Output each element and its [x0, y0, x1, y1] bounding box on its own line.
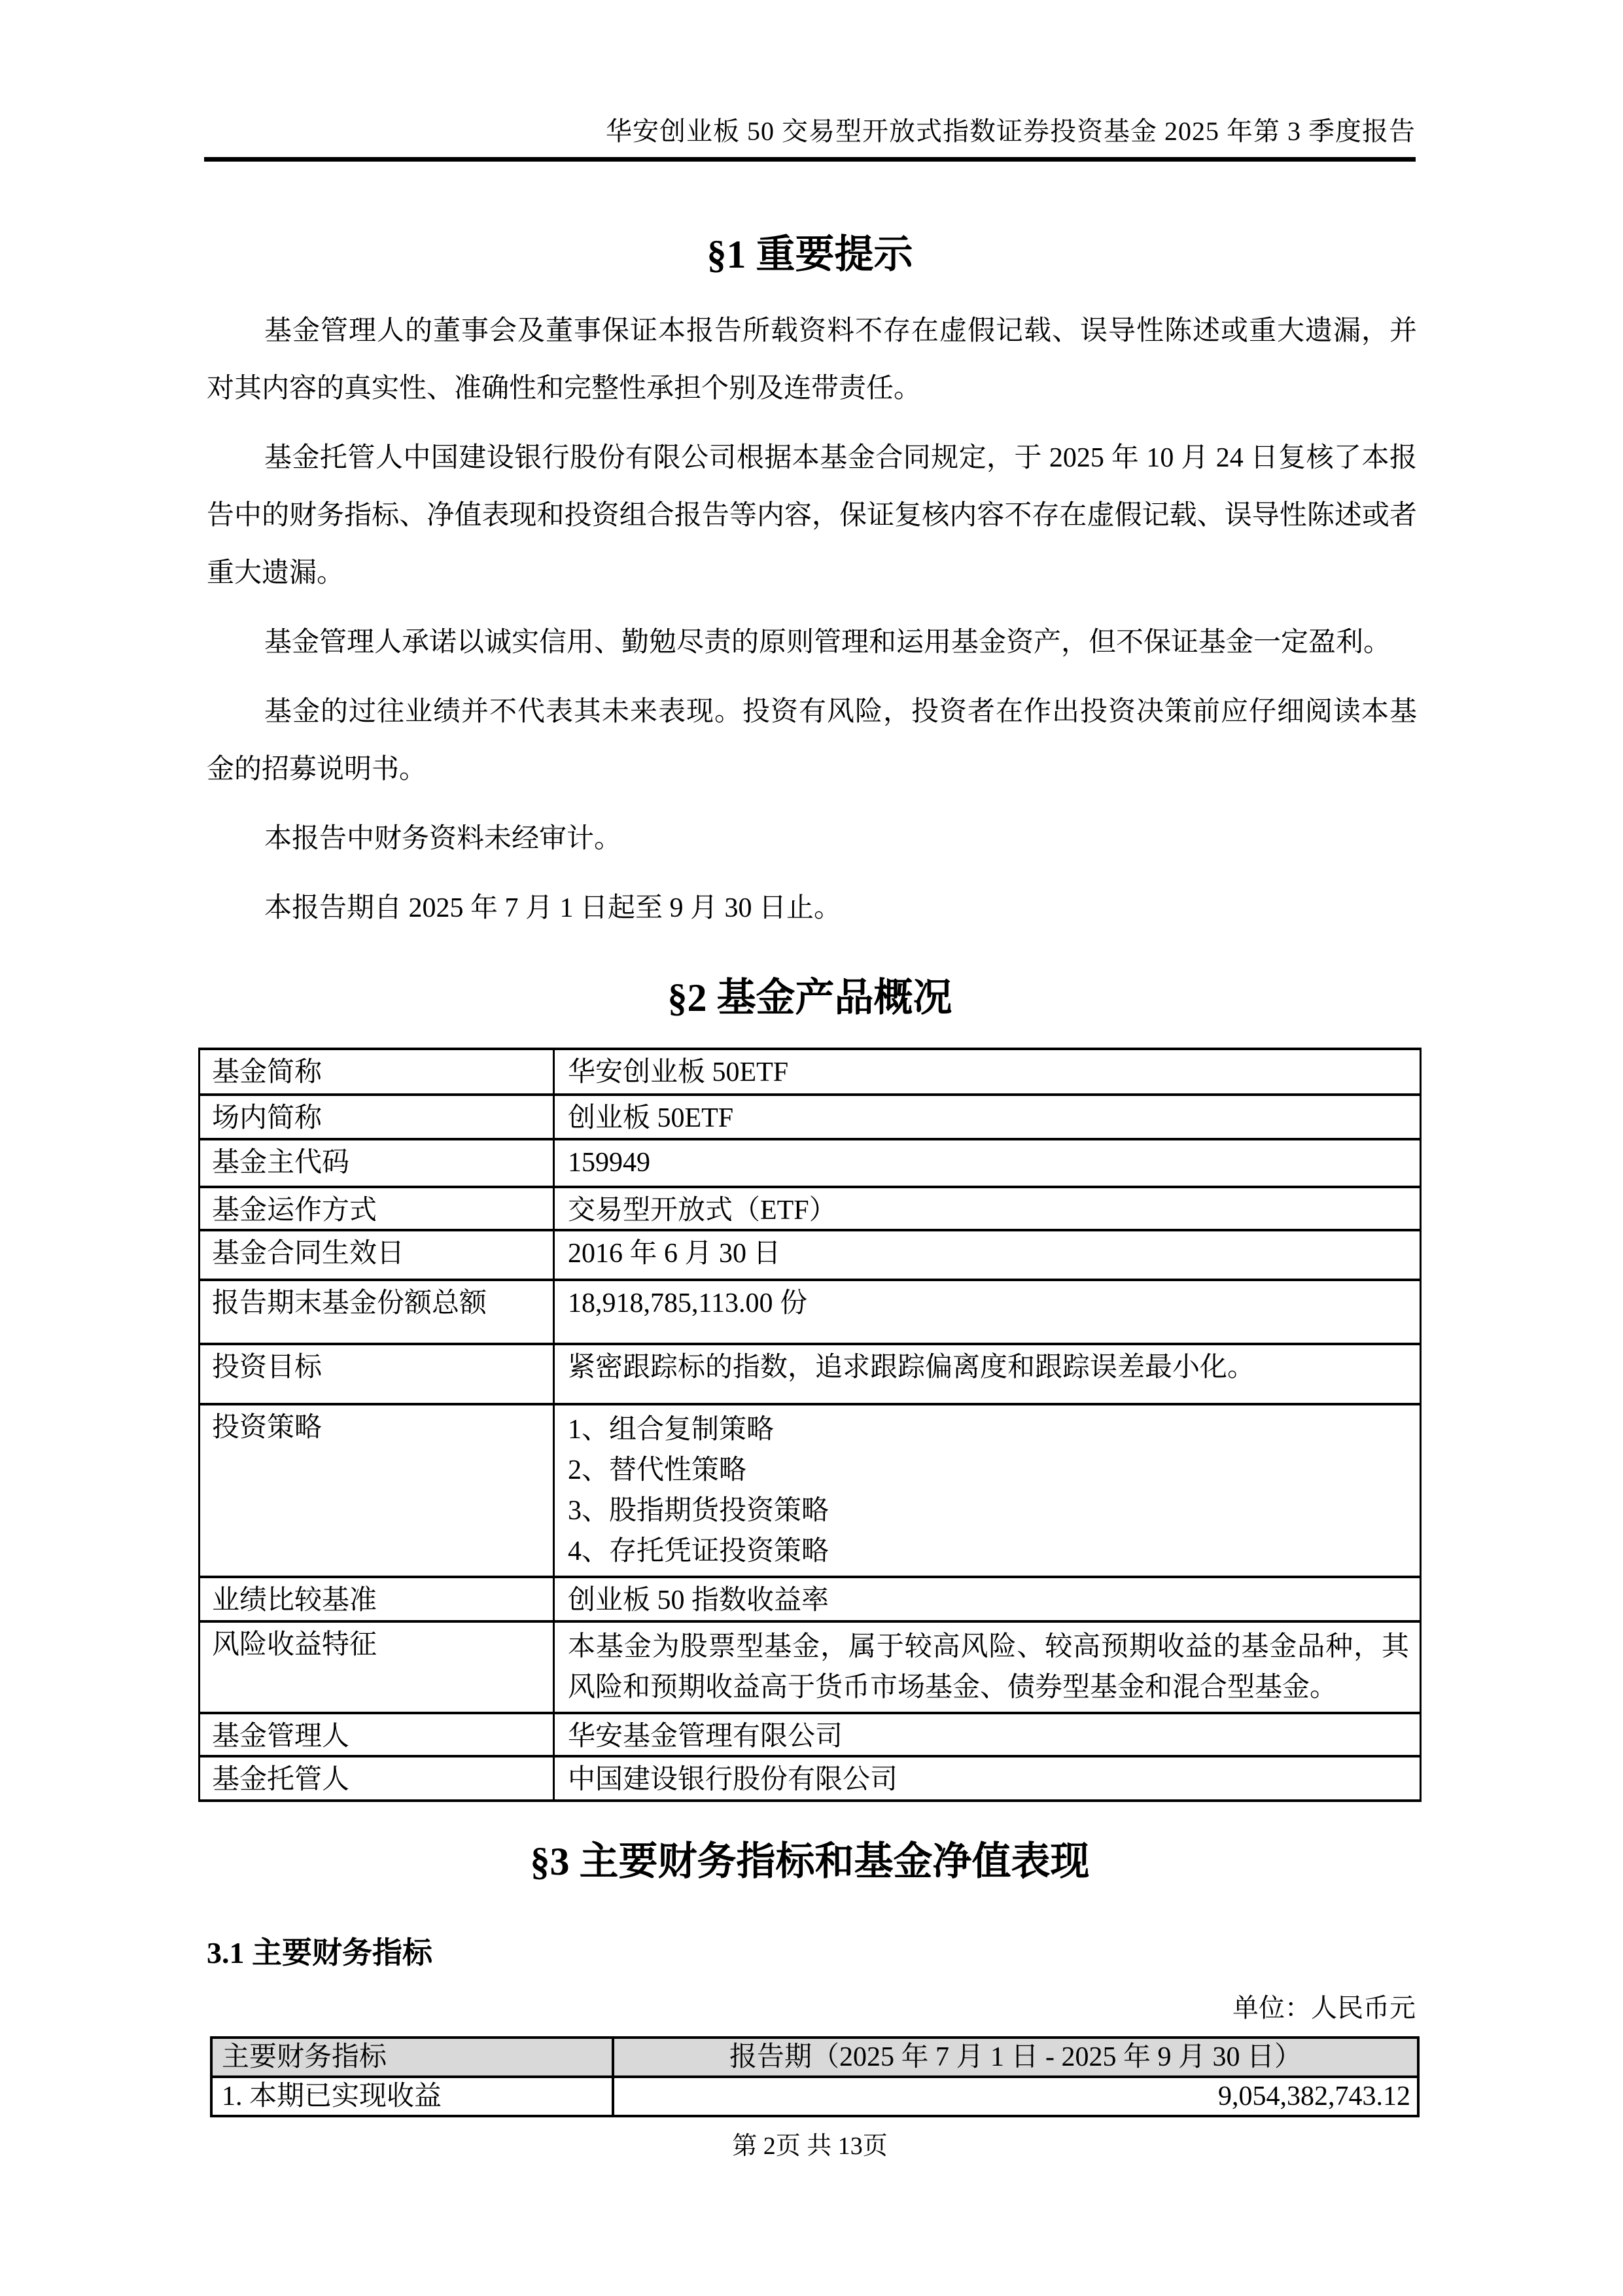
row-label: 报告期末基金份额总额 — [200, 1280, 554, 1344]
header-rule — [204, 157, 1416, 162]
table-row: 报告期末基金份额总额 18,918,785,113.00 份 — [200, 1280, 1421, 1344]
row-value: 1、组合复制策略 2、替代性策略 3、股指期货投资策略 4、存托凭证投资策略 — [554, 1404, 1421, 1577]
row-value: 华安基金管理有限公司 — [554, 1713, 1421, 1756]
notice-paragraph: 基金管理人的董事会及董事保证本报告所载资料不存在虚假记载、误导性陈述或重大遗漏，… — [207, 302, 1417, 417]
row-label: 基金托管人 — [200, 1756, 554, 1801]
row-label: 基金运作方式 — [200, 1187, 554, 1230]
row-value: 交易型开放式（ETF） — [554, 1187, 1421, 1230]
column-header: 报告期（2025 年 7 月 1 日 - 2025 年 9 月 30 日） — [613, 2038, 1418, 2077]
table-row: 投资策略 1、组合复制策略 2、替代性策略 3、股指期货投资策略 4、存托凭证投… — [200, 1404, 1421, 1577]
row-value: 创业板 50 指数收益率 — [554, 1577, 1421, 1621]
row-label: 基金简称 — [200, 1049, 554, 1095]
table-row: 基金主代码 159949 — [200, 1139, 1421, 1187]
page-number: 第 2页 共 13页 — [204, 2130, 1416, 2162]
section3-title: §3 主要财务指标和基金净值表现 — [204, 1837, 1416, 1886]
important-notice: 基金管理人的董事会及董事保证本报告所载资料不存在虚假记载、误导性陈述或重大遗漏，… — [207, 302, 1417, 949]
fund-overview-table: 基金简称 华安创业板 50ETF 场内简称 创业板 50ETF 基金主代码 15… — [198, 1048, 1422, 1802]
table-row: 基金运作方式 交易型开放式（ETF） — [200, 1187, 1421, 1230]
notice-paragraph: 本报告期自 2025 年 7 月 1 日起至 9 月 30 日止。 — [207, 879, 1417, 937]
row-value: 紧密跟踪标的指数，追求跟踪偏离度和跟踪误差最小化。 — [554, 1344, 1421, 1404]
row-label: 基金管理人 — [200, 1713, 554, 1756]
table-header-row: 主要财务指标 报告期（2025 年 7 月 1 日 - 2025 年 9 月 3… — [211, 2038, 1418, 2077]
row-label: 基金合同生效日 — [200, 1230, 554, 1280]
subsection-3-1-title: 3.1 主要财务指标 — [207, 1934, 432, 1972]
table-row: 场内简称 创业板 50ETF — [200, 1095, 1421, 1139]
row-label: 基金主代码 — [200, 1139, 554, 1187]
running-header: 华安创业板 50 交易型开放式指数证券投资基金 2025 年第 3 季度报告 — [204, 115, 1416, 148]
row-label: 投资目标 — [200, 1344, 554, 1404]
table-row: 业绩比较基准 创业板 50 指数收益率 — [200, 1577, 1421, 1621]
report-page: 华安创业板 50 交易型开放式指数证券投资基金 2025 年第 3 季度报告 §… — [0, 0, 1623, 2296]
row-value: 159949 — [554, 1139, 1421, 1187]
strategy-line: 2、替代性策略 — [568, 1450, 1409, 1491]
row-value: 中国建设银行股份有限公司 — [554, 1756, 1421, 1801]
section2-title: §2 基金产品概况 — [204, 974, 1416, 1022]
row-value: 2016 年 6 月 30 日 — [554, 1230, 1421, 1280]
row-label: 场内简称 — [200, 1095, 554, 1139]
row-value: 华安创业板 50ETF — [554, 1049, 1421, 1095]
unit-note: 单位：人民币元 — [204, 1992, 1416, 2024]
row-value: 本基金为股票型基金，属于较高风险、较高预期收益的基金品种，其风险和预期收益高于货… — [554, 1621, 1421, 1713]
table-row: 基金管理人 华安基金管理有限公司 — [200, 1713, 1421, 1756]
strategy-line: 3、股指期货投资策略 — [568, 1491, 1409, 1531]
notice-paragraph: 基金管理人承诺以诚实信用、勤勉尽责的原则管理和运用基金资产，但不保证基金一定盈利… — [207, 614, 1417, 671]
notice-paragraph: 基金托管人中国建设银行股份有限公司根据本基金合同规定，于 2025 年 10 月… — [207, 429, 1417, 602]
table-row: 基金合同生效日 2016 年 6 月 30 日 — [200, 1230, 1421, 1280]
financial-indicators-table: 主要财务指标 报告期（2025 年 7 月 1 日 - 2025 年 9 月 3… — [210, 2036, 1420, 2117]
row-value: 18,918,785,113.00 份 — [554, 1280, 1421, 1344]
notice-paragraph: 本报告中财务资料未经审计。 — [207, 810, 1417, 868]
row-label: 业绩比较基准 — [200, 1577, 554, 1621]
table-row: 1. 本期已实现收益 9,054,382,743.12 — [211, 2077, 1418, 2116]
column-header: 主要财务指标 — [211, 2038, 613, 2077]
row-label: 投资策略 — [200, 1404, 554, 1577]
table-row: 风险收益特征 本基金为股票型基金，属于较高风险、较高预期收益的基金品种，其风险和… — [200, 1621, 1421, 1713]
notice-paragraph: 基金的过往业绩并不代表其未来表现。投资有风险，投资者在作出投资决策前应仔细阅读本… — [207, 683, 1417, 798]
row-value: 创业板 50ETF — [554, 1095, 1421, 1139]
row-label: 风险收益特征 — [200, 1621, 554, 1713]
table-row: 投资目标 紧密跟踪标的指数，追求跟踪偏离度和跟踪误差最小化。 — [200, 1344, 1421, 1404]
strategy-line: 4、存托凭证投资策略 — [568, 1531, 1409, 1572]
table-row: 基金简称 华安创业板 50ETF — [200, 1049, 1421, 1095]
row-label: 1. 本期已实现收益 — [211, 2077, 613, 2116]
row-value: 9,054,382,743.12 — [613, 2077, 1418, 2116]
strategy-line: 1、组合复制策略 — [568, 1409, 1409, 1450]
section1-title: §1 重要提示 — [204, 230, 1416, 279]
table-row: 基金托管人 中国建设银行股份有限公司 — [200, 1756, 1421, 1801]
